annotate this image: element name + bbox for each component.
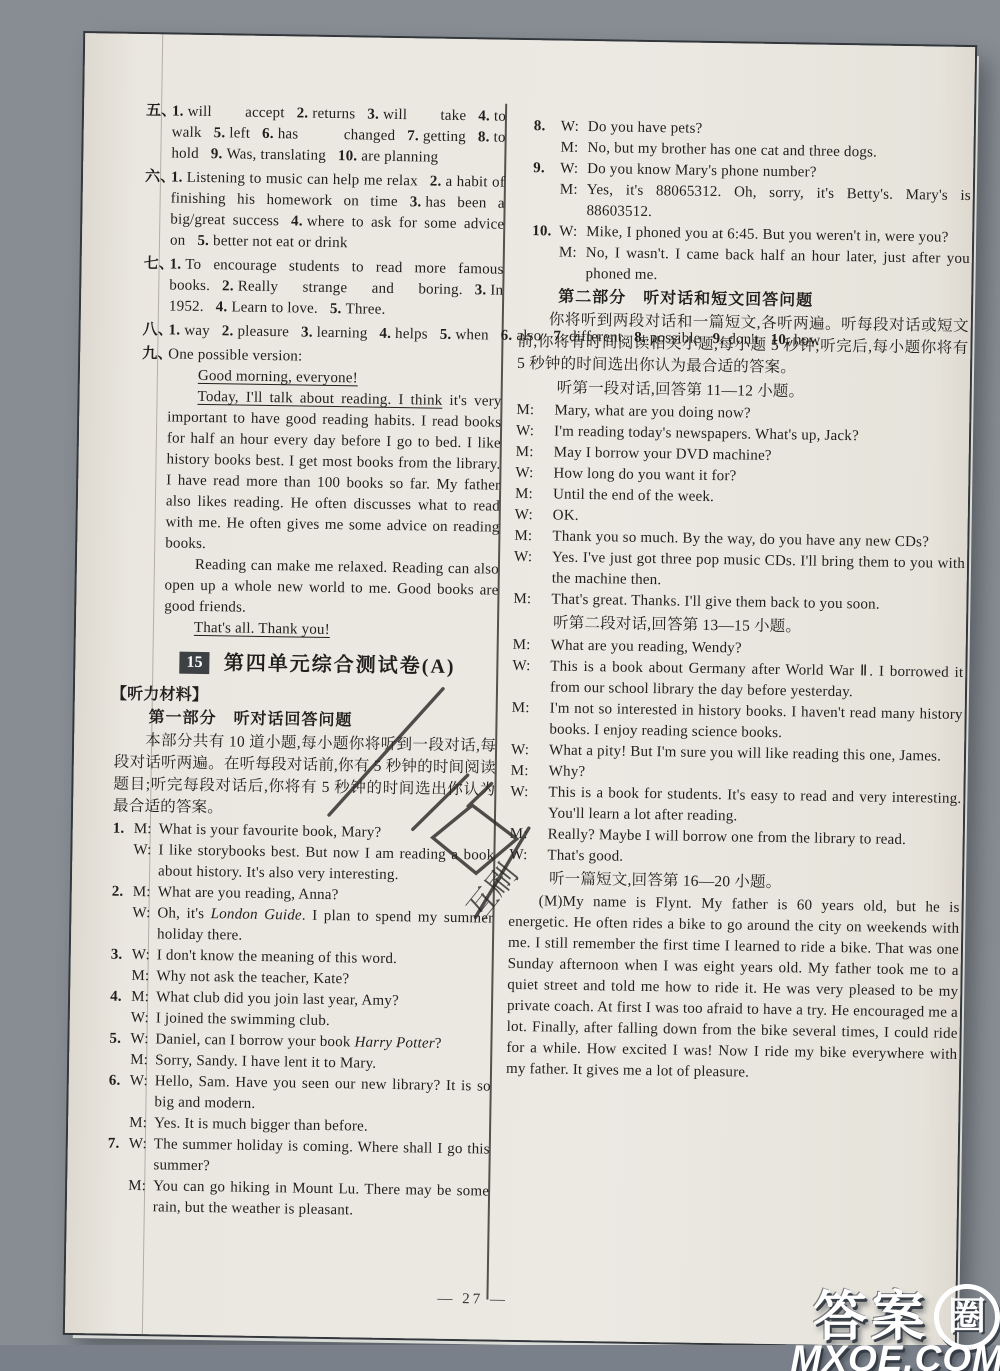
speaker-label: W: (131, 1008, 156, 1029)
dialogue-number: 4. (110, 987, 131, 1008)
section-label: 八、 (142, 320, 168, 341)
answer-number: 2. (222, 278, 234, 294)
speaker-label: W: (560, 159, 587, 180)
answer-section-nine: 九、 One possible version: Good morning, e… (138, 344, 503, 644)
answer-items: 1.To encourage students to read more fam… (169, 254, 504, 322)
dialogue-text: This is a book for students. It's easy t… (548, 782, 962, 830)
dialogue-number (109, 1050, 130, 1071)
section-label: 六、 (144, 167, 171, 251)
answer-text: way (184, 323, 210, 339)
right-column: 8. W: Do you have pets? M: No, but my br… (506, 116, 972, 1087)
answer-number: 2. (297, 105, 309, 121)
answer-text: pleasure (237, 324, 289, 341)
speaker-label: M: (129, 1113, 154, 1134)
essay-paragraph: That's all. Thank you! (164, 617, 498, 643)
answer-item: 1.way (168, 322, 209, 339)
speaker-label: M: (510, 824, 548, 846)
speaker-label: M: (513, 635, 551, 657)
dialogue-number (532, 179, 560, 221)
dialogue-text: I'm not so interested in history books. … (549, 698, 963, 746)
speaker-label: M: (133, 882, 158, 903)
left-column: 五、 1.will accept2.returns3.will take4.to… (107, 98, 507, 1224)
speaker-label: W: (561, 117, 588, 138)
speaker-label: M: (515, 484, 553, 506)
dialogue-number: 5. (109, 1029, 130, 1050)
dialogue-text: Yes. I've just got three pop music CDs. … (552, 547, 966, 595)
answer-text: helps (395, 326, 428, 343)
essay-paragraph-text: Reading can make me relaxed. Reading can… (164, 557, 499, 616)
answer-number: 9. (211, 146, 223, 162)
answer-text: Listening to music can help me relax (187, 170, 418, 190)
speaker-label: W: (514, 547, 553, 590)
answer-number: 3. (475, 282, 487, 298)
answer-number: 3. (301, 325, 313, 341)
part1-title: 第一部分 听对话回答问题 (148, 707, 496, 733)
scanned-book-page: 五、 1.will accept2.returns3.will take4.to… (65, 33, 975, 1347)
speaker-label: W: (515, 463, 553, 485)
answer-number: 1. (172, 103, 184, 119)
dialogue-line: W: I like storybooks best. But now I am … (112, 840, 495, 888)
answer-item: 5.Three. (330, 301, 386, 318)
dialogue-line: W: This is a book for students. It's eas… (510, 782, 962, 831)
dialogue-text: You can go hiking in Mount Lu. There may… (153, 1176, 490, 1223)
dialogue-text: Hello, Sam. Have you seen our new librar… (154, 1071, 491, 1118)
answer-text: getting (423, 128, 466, 145)
dialogue-number (107, 1176, 129, 1218)
dialogue-number: 1. (113, 819, 134, 840)
speaker-label: W: (128, 1134, 154, 1176)
essay-paragraph-text: Today, I'll talk about reading. I think … (165, 389, 502, 552)
answer-item: 5.when (440, 327, 489, 344)
answer-item: 2.Really strange and boring. (222, 278, 463, 298)
speaker-label: M: (513, 589, 551, 611)
dialogue-number (533, 137, 560, 158)
speaker-label: W: (515, 505, 553, 527)
speaker-label: W: (510, 782, 549, 825)
page-number: — 27 — (437, 1289, 508, 1311)
dialogue-13-15: M: What are you reading, Wendy? W: This … (509, 635, 964, 873)
dialogue-line: M: No, I wasn't. I came back half an hou… (531, 242, 970, 291)
speaker-label: W: (511, 740, 549, 762)
answer-text: Really strange and boring. (238, 279, 463, 299)
answer-number: 4. (478, 108, 490, 124)
dialogue-number: 3. (111, 945, 132, 966)
answer-item: 2.returns (297, 105, 356, 122)
answer-section: 六、 1.Listening to music can help me rela… (144, 167, 505, 257)
dialogue-number: 8. (534, 116, 561, 137)
answer-number: 3. (367, 107, 379, 123)
dialogue-number: 6. (108, 1071, 130, 1113)
answer-number: 3. (410, 194, 422, 210)
dialogues-1-7: 1. M: What is your favourite book, Mary?… (107, 819, 495, 1224)
answer-number: 5. (440, 327, 452, 343)
answer-number: 7. (407, 128, 419, 144)
speaker-label: M: (134, 819, 159, 840)
answer-item: 7.getting (407, 128, 466, 145)
answer-number: 1. (170, 256, 182, 272)
dialogue-line: 6. W: Hello, Sam. Have you seen our new … (108, 1071, 491, 1119)
essay-paragraph-text: Good morning, everyone! (198, 368, 358, 387)
part2-intro: 你将听到两段对话和一篇短文,各听两遍。听每段对话或短文前,你将有时间阅读相关小题… (517, 309, 969, 382)
speaker-label: W: (132, 903, 158, 945)
answer-number: 8. (478, 129, 490, 145)
answer-number: 5. (197, 233, 209, 249)
speaker-label: M: (516, 400, 554, 422)
essay: One possible version: Good morning, ever… (164, 344, 503, 643)
answer-text: will accept (188, 104, 285, 122)
speaker-label: M: (516, 442, 554, 464)
answer-item: 1.will accept (172, 103, 285, 121)
speaker-label: M: (511, 698, 550, 741)
dialogue-text: I like storybooks best. But now I am rea… (158, 840, 495, 887)
essay-paragraph: Today, I'll talk about reading. I think … (165, 386, 502, 559)
listening-passage: (M)My name is Flynt. My father is 60 yea… (506, 891, 960, 1087)
answer-text: Was, translating (226, 146, 326, 164)
speaker-label: W: (512, 656, 551, 699)
speaker-label: W: (516, 421, 554, 443)
watermark-site: MXQE.COM (790, 1348, 1000, 1369)
answer-number: 10. (338, 148, 358, 164)
speaker-label: M: (131, 987, 156, 1008)
answer-text: when (455, 327, 489, 344)
dialogue-number (108, 1113, 129, 1134)
answer-number: 4. (379, 326, 391, 342)
speaker-label: M: (130, 1050, 155, 1071)
speaker-label: W: (133, 840, 159, 882)
dialogue-text: Yes, it's 88065312. Oh, sorry, it's Bett… (586, 180, 971, 228)
dialogue-text: Oh, it's London Guide. I plan to spend m… (157, 903, 494, 950)
answer-number: 5. (214, 125, 226, 141)
answer-items: 1.will accept2.returns3.will take4.to wa… (171, 101, 506, 169)
dialogue-number: 10. (532, 221, 559, 242)
dialogue-11-12: M: Mary, what are you doing now? W: I'm … (513, 400, 967, 617)
speaker-label: W: (130, 1029, 155, 1050)
answer-item: 1.Listening to music can help me relax (171, 169, 418, 189)
answer-text: are planning (361, 148, 438, 165)
essay-paragraphs: Good morning, everyone!Today, I'll talk … (164, 365, 502, 643)
section-label: 七、 (143, 254, 170, 317)
dialogue-line: M: You can go hiking in Mount Lu. There … (107, 1176, 490, 1224)
answer-number: 2. (222, 323, 234, 339)
essay-paragraph: Reading can make me relaxed. Reading can… (164, 554, 499, 622)
dialogue-text: No, I wasn't. I came back half an hour l… (585, 243, 970, 291)
watermark: 答案 圈 MXQE.COM (786, 1284, 1000, 1369)
answer-text: will take (383, 107, 467, 124)
answer-sections: 五、 1.will accept2.returns3.will take4.to… (120, 101, 506, 347)
speaker-label: W: (129, 1071, 155, 1113)
answer-item: 4.helps (379, 326, 428, 343)
section-label: 五、 (145, 101, 172, 164)
speaker-label: W: (509, 845, 547, 867)
speaker-label: M: (131, 966, 156, 987)
unit-number-badge: 15 (179, 652, 210, 674)
answer-number: 1. (171, 169, 183, 185)
dialogue-number: 2. (112, 882, 133, 903)
answer-section: 五、 1.will accept2.returns3.will take4.to… (145, 101, 506, 170)
answer-text: Three. (345, 301, 385, 318)
speaker-label: M: (560, 138, 587, 159)
answer-section: 八、 1.way2.pleasure3.learning4.helps5.whe… (142, 320, 502, 347)
dialogue-number (110, 1008, 131, 1029)
answer-item: 3.learning (301, 325, 368, 342)
answer-number: 6. (262, 126, 274, 142)
speaker-label: W: (132, 945, 157, 966)
photo-of-book-page: { "colors": { "background": "#878d93", "… (0, 0, 1000, 1371)
answer-item: 9.Was, translating (211, 146, 326, 164)
dialogue-number (111, 903, 133, 945)
dialogue-number: 9. (533, 158, 560, 179)
dialogue-line: M: I'm not so interested in history book… (511, 698, 963, 747)
essay-paragraph-text: That's all. Thank you! (194, 620, 330, 638)
dialogue-text: This is a book about Germany after World… (550, 656, 964, 704)
answer-number: 5. (330, 301, 342, 317)
answer-text: learning (317, 325, 368, 342)
dialogue-line: 7. W: The summer holiday is coming. Wher… (107, 1134, 490, 1182)
answer-item: 3.will take (367, 107, 466, 125)
speaker-label: M: (511, 761, 549, 783)
answer-items: 1.Listening to music can help me relax2.… (170, 167, 505, 256)
unit-heading: 15 第四单元综合测试卷(A) (179, 652, 497, 679)
answer-item: 6.has changed (262, 126, 395, 144)
dialogues-8-10: 8. W: Do you have pets? M: No, but my br… (518, 116, 972, 291)
dialogue-line: W: Oh, it's London Guide. I plan to spen… (111, 903, 494, 951)
dialogue-line: W: Yes. I've just got three pop music CD… (514, 547, 966, 596)
answer-section: 七、 1.To encourage students to read more … (143, 254, 504, 323)
speaker-label: M: (558, 243, 586, 285)
answer-text: left (229, 125, 250, 141)
answer-number: 6. (501, 328, 513, 344)
speaker-label: W: (559, 222, 586, 243)
answer-number: 1. (168, 322, 180, 338)
answer-item: 4.Learn to love. (216, 299, 318, 317)
answer-text: better not eat or drink (213, 233, 348, 251)
answer-number: 4. (291, 213, 303, 229)
part1-intro: 本部分共有 10 道小题,每小题你将听到一段对话,每段对话听两遍。在听每段对话前… (113, 730, 496, 824)
answer-text: returns (312, 106, 355, 123)
speaker-label: M: (559, 180, 587, 222)
answer-text: Learn to love. (231, 299, 318, 316)
dialogue-text: The summer holiday is coming. Where shal… (153, 1134, 490, 1181)
speaker-label: M: (128, 1176, 154, 1218)
dialogue-line: W: This is a book about Germany after Wo… (512, 656, 964, 705)
dialogue-line: M: Yes, it's 88065312. Oh, sorry, it's B… (532, 179, 971, 228)
answer-text: has changed (278, 126, 396, 144)
answer-item: 2.pleasure (222, 323, 289, 340)
dialogue-number (112, 840, 134, 882)
answer-item: 10.are planning (338, 148, 439, 166)
answer-number: 4. (216, 299, 228, 315)
dialogue-number: 7. (107, 1134, 129, 1176)
dialogue-number (110, 966, 131, 987)
dialogue-number (531, 242, 559, 284)
answer-item: 5.better not eat or drink (197, 233, 347, 251)
speaker-label: M: (514, 526, 552, 548)
answer-item: 5.left (214, 125, 251, 142)
unit-title: 第四单元综合测试卷(A) (224, 653, 456, 678)
answer-number: 2. (430, 174, 442, 190)
